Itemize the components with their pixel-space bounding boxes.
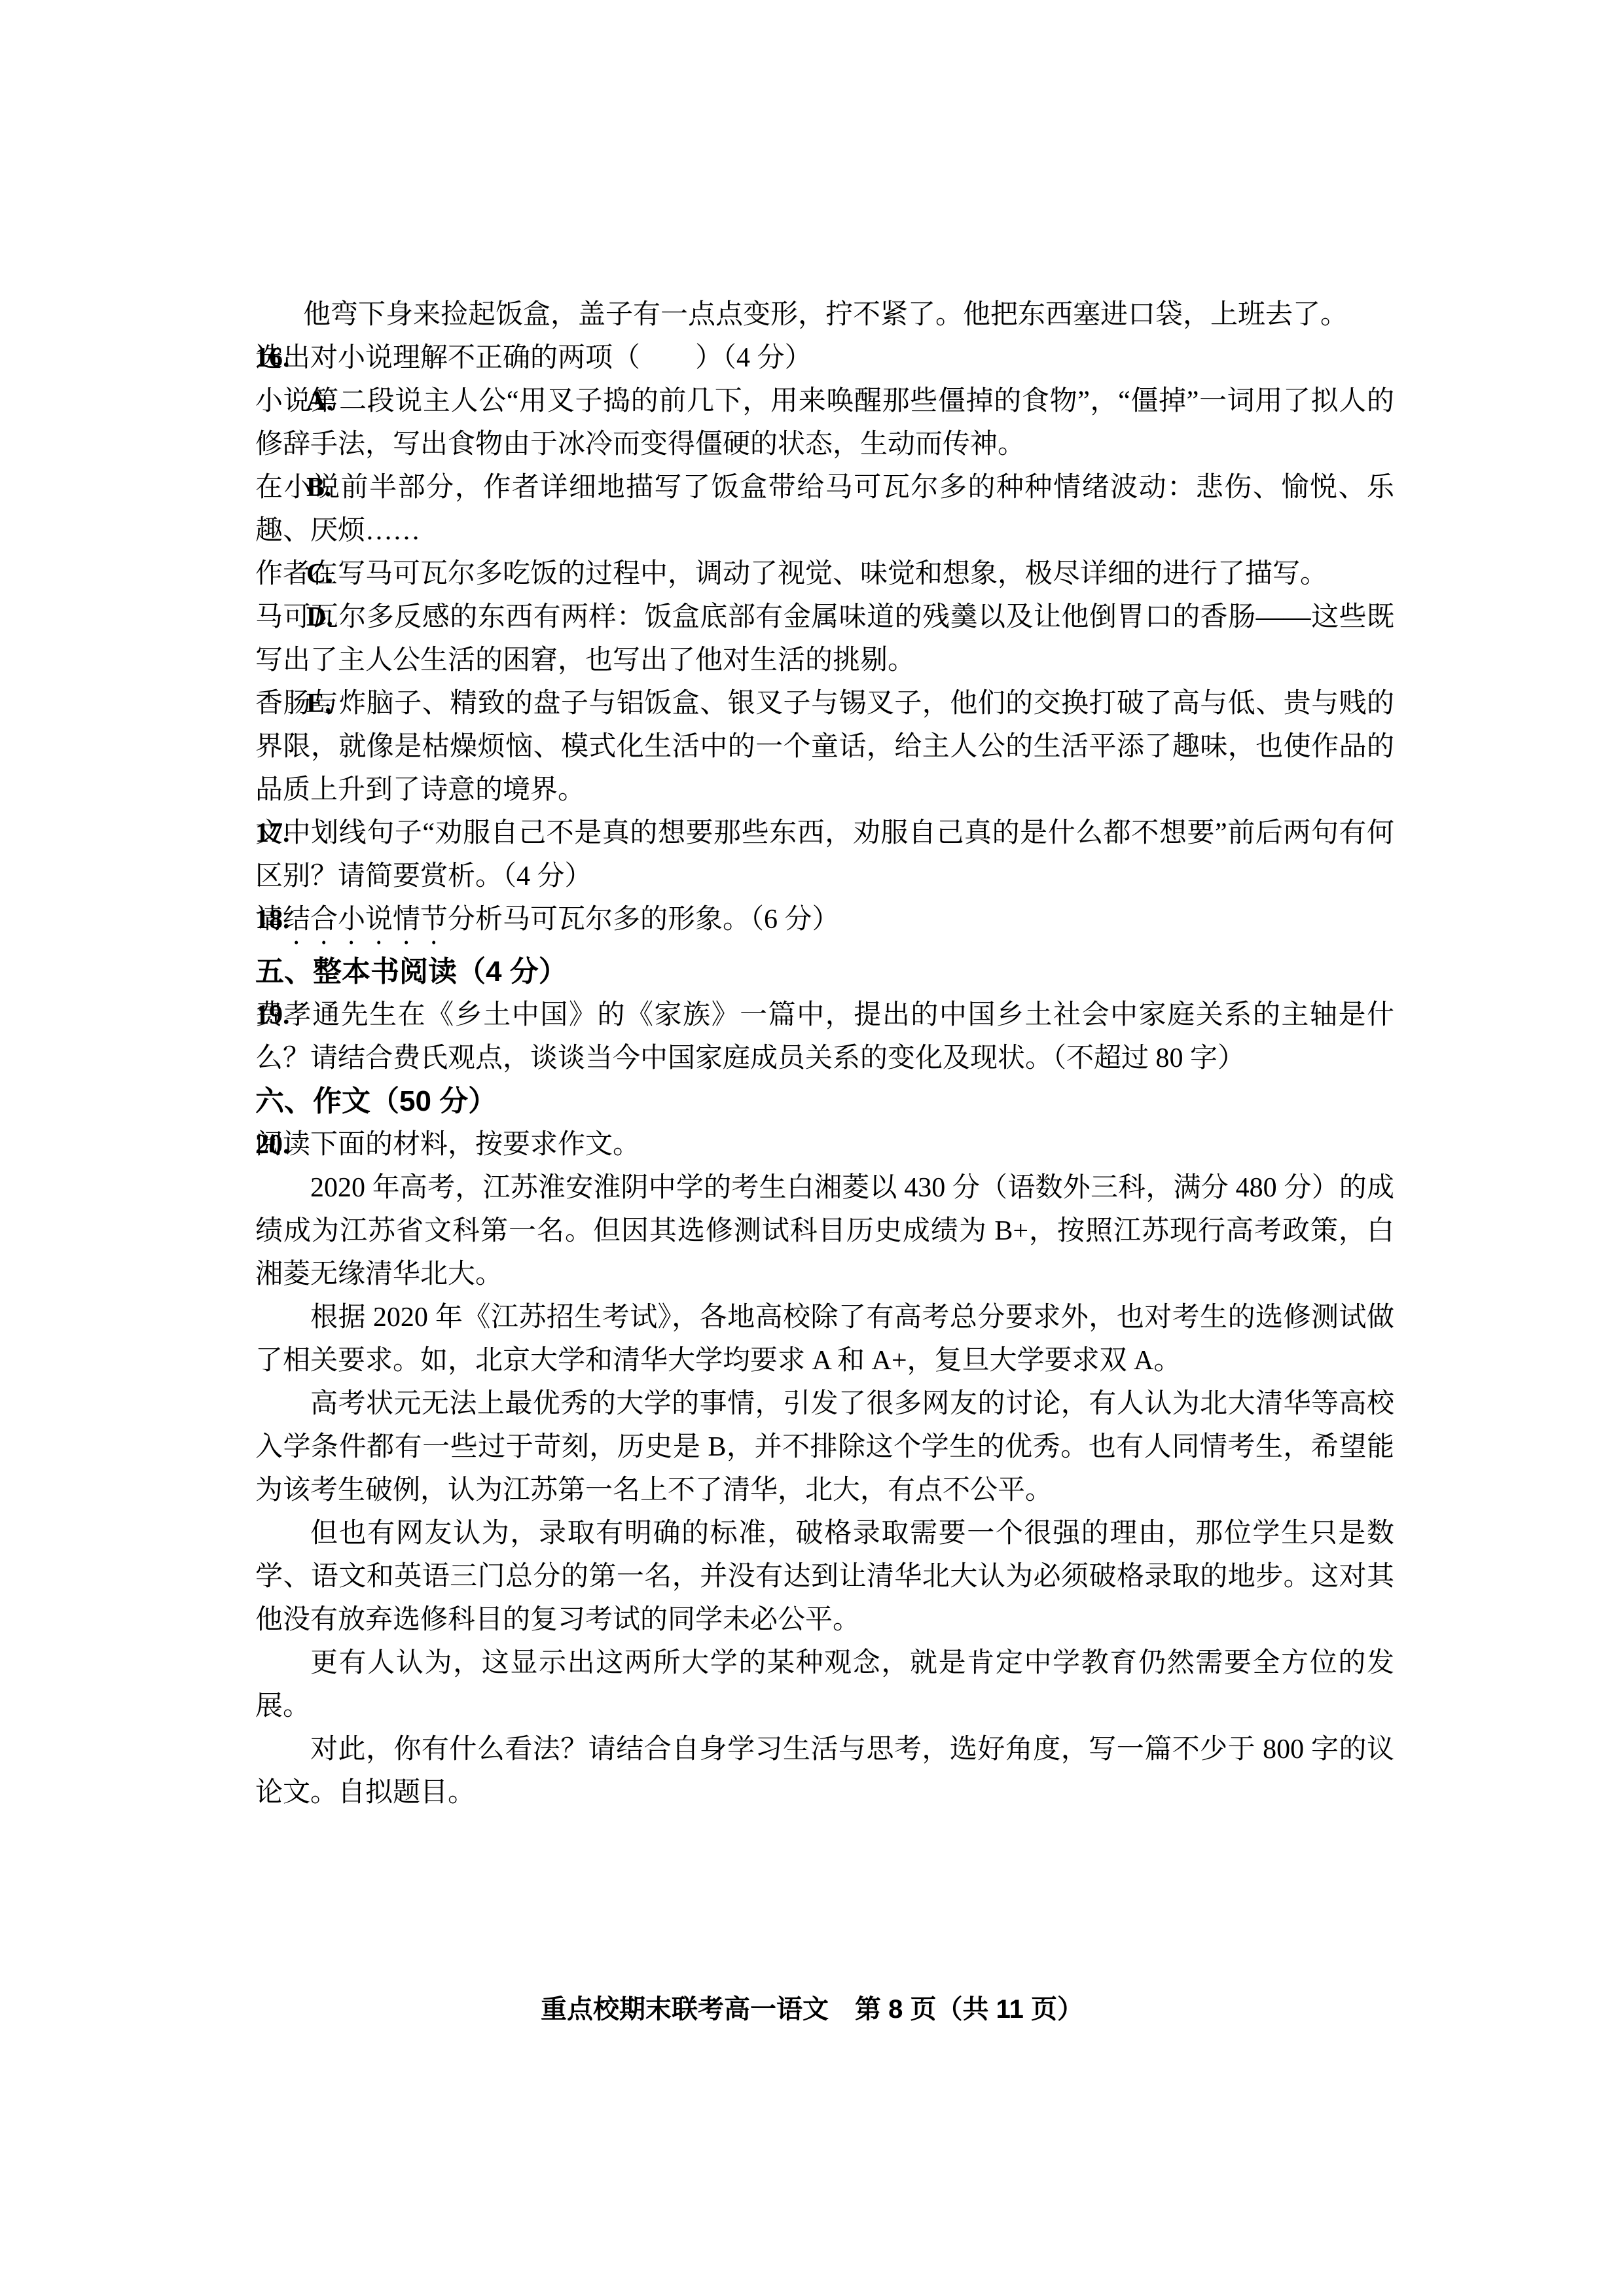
question-16: 16. 选出对小说理解不正确的两项（ ）（4 分） — [255, 336, 1394, 380]
option-a: A. 小说第二段说主人公“用叉子捣的前几下，用来唤醒那些僵掉的食物”，“僵掉”一… — [255, 380, 1394, 466]
option-d: D. 马可瓦尔多反感的东西有两样：饭盒底部有金属味道的残羹以及让他倒胃口的香肠—… — [255, 596, 1394, 682]
question-18-number: 18. — [255, 898, 304, 941]
material-paragraph-5: 更有人认为，这显示出这两所大学的某种观念，就是肯定中学教育仍然需要全方位的发展。 — [255, 1641, 1394, 1728]
question-17-number: 17. — [255, 812, 304, 855]
essay-material: 2020 年高考，江苏淮安淮阴中学的考生白湘菱以 430 分（语数外三科，满分 … — [255, 1166, 1394, 1814]
carryover-text: 他弯下身来捡起饭盒，盖子有一点点变形，拧不紧了。他把东西塞进口袋，上班去了。 — [255, 293, 1394, 336]
option-d-text: 马可瓦尔多反感的东西有两样：饭盒底部有金属味道的残羹以及让他倒胃口的香肠——这些… — [255, 602, 1394, 675]
question-18-text-suffix: 分析马可瓦尔多的形象。（6 分） — [448, 905, 840, 935]
option-e-letter: E. — [306, 682, 332, 725]
question-20-text: 阅读下面的材料，按要求作文。 — [255, 1130, 640, 1160]
question-18-emphasized-text: 结合小说情节 — [283, 905, 448, 935]
section-heading-five: 五、整本书阅读（4 分） — [255, 950, 1394, 994]
section-heading-six: 六、作文（50 分） — [255, 1080, 1394, 1123]
question-19-number: 19. — [255, 994, 304, 1037]
question-17-text: 文中划线句子“劝服自己不是真的想要那些东西，劝服自己真的是什么都不想要”前后两句… — [255, 818, 1394, 891]
material-paragraph-4: 但也有网友认为，录取有明确的标准，破格录取需要一个很强的理由，那位学生只是数学、… — [255, 1512, 1394, 1641]
page-footer: 重点校期末联考高一语文 第 8 页（共 11 页） — [0, 1990, 1624, 2029]
option-d-letter: D. — [306, 596, 333, 639]
question-19: 19. 费孝通先生在《乡土中国》的《家族》一篇中，提出的中国乡土社会中家庭关系的… — [255, 994, 1394, 1080]
option-b-text: 在小说前半部分，作者详细地描写了饭盒带给马可瓦尔多的种种情绪波动：悲伤、愉悦、乐… — [255, 473, 1394, 546]
material-paragraph-1: 2020 年高考，江苏淮安淮阴中学的考生白湘菱以 430 分（语数外三科，满分 … — [255, 1166, 1394, 1296]
option-e-text: 香肠与炸脑子、精致的盘子与铝饭盒、银叉子与锡叉子，他们的交换打破了高与低、贵与贱… — [255, 689, 1394, 805]
option-c: C. 作者在写马可瓦尔多吃饭的过程中，调动了视觉、味觉和想象，极尽详细的进行了描… — [255, 552, 1394, 596]
question-17: 17. 文中划线句子“劝服自己不是真的想要那些东西，劝服自己真的是什么都不想要”… — [255, 812, 1394, 898]
question-19-text: 费孝通先生在《乡土中国》的《家族》一篇中，提出的中国乡土社会中家庭关系的主轴是什… — [255, 1000, 1394, 1073]
exam-page: 他弯下身来捡起饭盒，盖子有一点点变形，拧不紧了。他把东西塞进口袋，上班去了。 1… — [0, 0, 1624, 2296]
option-a-text: 小说第二段说主人公“用叉子捣的前几下，用来唤醒那些僵掉的食物”，“僵掉”一词用了… — [255, 386, 1394, 459]
question-20: 20. 阅读下面的材料，按要求作文。 — [255, 1123, 1394, 1166]
material-paragraph-6: 对此，你有什么看法？请结合自身学习生活与思考，选好角度，写一篇不少于 800 字… — [255, 1728, 1394, 1814]
question-16-stem: 选出对小说理解不正确的两项（ ）（4 分） — [255, 343, 812, 373]
page-content: 他弯下身来捡起饭盒，盖子有一点点变形，拧不紧了。他把东西塞进口袋，上班去了。 1… — [255, 293, 1394, 1814]
question-16-number: 16. — [255, 336, 304, 380]
option-b-letter: B. — [306, 466, 332, 509]
option-a-letter: A. — [306, 380, 333, 423]
option-c-text: 作者在写马可瓦尔多吃饭的过程中，调动了视觉、味觉和想象，极尽详细的进行了描写。 — [255, 559, 1327, 589]
option-e: E. 香肠与炸脑子、精致的盘子与铝饭盒、银叉子与锡叉子，他们的交换打破了高与低、… — [255, 682, 1394, 812]
material-paragraph-2: 根据 2020 年《江苏招生考试》，各地高校除了有高考总分要求外，也对考生的选修… — [255, 1296, 1394, 1382]
question-20-number: 20. — [255, 1123, 304, 1166]
material-paragraph-3: 高考状元无法上最优秀的大学的事情，引发了很多网友的讨论，有人认为北大清华等高校入… — [255, 1382, 1394, 1512]
option-c-letter: C. — [306, 552, 333, 596]
option-b: B. 在小说前半部分，作者详细地描写了饭盒带给马可瓦尔多的种种情绪波动：悲伤、愉… — [255, 466, 1394, 552]
question-18: 18. 请结合小说情节分析马可瓦尔多的形象。（6 分） — [255, 898, 1394, 950]
